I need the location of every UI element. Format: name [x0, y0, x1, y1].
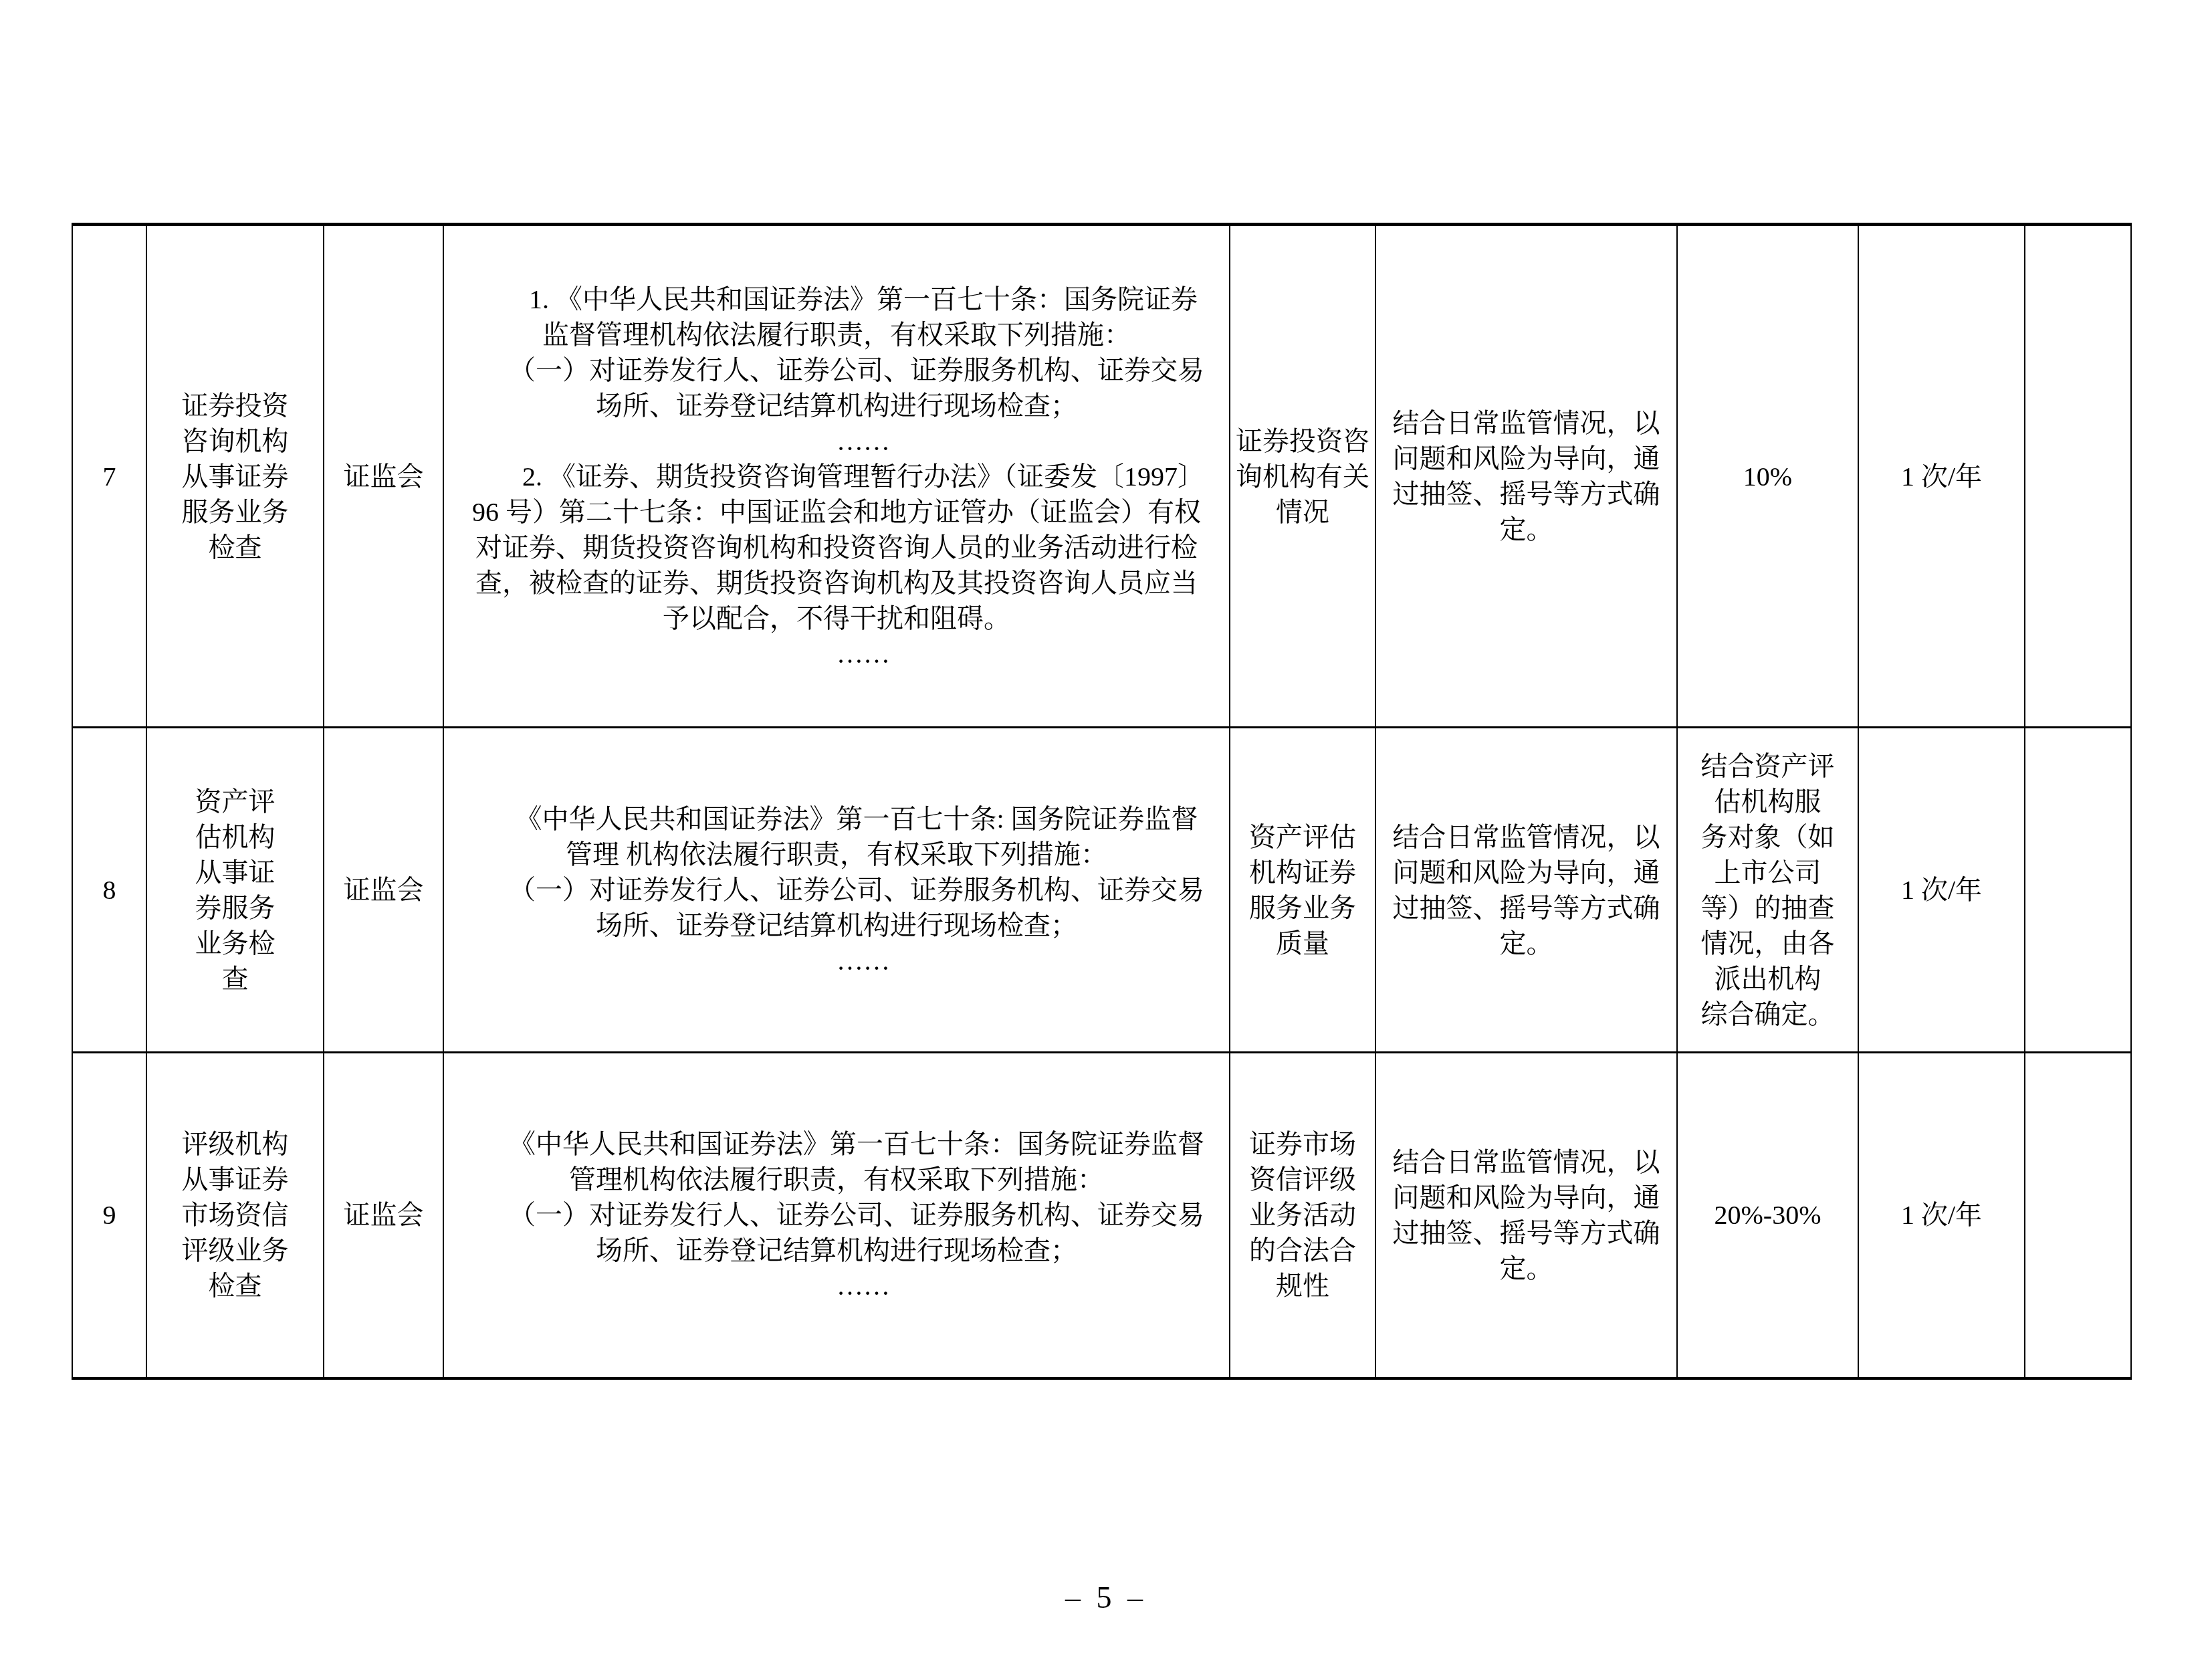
cell-row7-content: 证券投资咨 询机构有关 情况 — [1230, 225, 1375, 728]
cell-row9-number: 9 — [72, 1053, 146, 1378]
cell-row9-proportion: 20%-30% — [1677, 1053, 1858, 1378]
cell-row8-authority: 证监会 — [324, 728, 443, 1053]
cell-row7-method: 结合日常监管情况，以 问题和风险为导向，通 过抽签、摇号等方式确 定。 — [1375, 225, 1677, 728]
cell-row8-content: 资产评估 机构证券 服务业务 质量 — [1230, 728, 1375, 1053]
cell-row9-content: 证券市场 资信评级 业务活动 的合法合 规性 — [1230, 1053, 1375, 1378]
cell-row8-note — [2025, 728, 2131, 1053]
cell-row7-legal-basis: 1. 《中华人民共和国证券法》第一百七十条：国务院证券 监督管理机构依法履行职责… — [443, 225, 1230, 728]
cell-row7-authority: 证监会 — [324, 225, 443, 728]
inspection-table: 7 证券投资 咨询机构 从事证券 服务业务 检查 证监会 1. 《中华人民共和国… — [72, 223, 2132, 1380]
cell-row9-legal-basis: 《中华人民共和国证券法》第一百七十条：国务院证券监督 管理机构依法履行职责，有权… — [443, 1053, 1230, 1378]
cell-row9-method: 结合日常监管情况，以 问题和风险为导向，通 过抽签、摇号等方式确 定。 — [1375, 1053, 1677, 1378]
cell-row8-frequency: 1 次/年 — [1858, 728, 2025, 1053]
cell-row7-number: 7 — [72, 225, 146, 728]
table-row: 7 证券投资 咨询机构 从事证券 服务业务 检查 证监会 1. 《中华人民共和国… — [72, 225, 2131, 728]
cell-row8-item-name: 资产评 估机构 从事证 券服务 业务检 查 — [146, 728, 324, 1053]
table-row: 8 资产评 估机构 从事证 券服务 业务检 查 证监会 《中华人民共和国证券法》… — [72, 728, 2131, 1053]
table-row: 9 评级机构 从事证券 市场资信 评级业务 检查 证监会 《中华人民共和国证券法… — [72, 1053, 2131, 1378]
cell-row9-authority: 证监会 — [324, 1053, 443, 1378]
cell-row8-method: 结合日常监管情况，以 问题和风险为导向，通 过抽签、摇号等方式确 定。 — [1375, 728, 1677, 1053]
cell-row9-item-name: 评级机构 从事证券 市场资信 评级业务 检查 — [146, 1053, 324, 1378]
cell-row7-note — [2025, 225, 2131, 728]
document-page: 7 证券投资 咨询机构 从事证券 服务业务 检查 证监会 1. 《中华人民共和国… — [0, 0, 2212, 1658]
cell-row7-proportion: 10% — [1677, 225, 1858, 728]
cell-row8-proportion: 结合资产评 估机构服 务对象（如 上市公司 等）的抽查 情况，由各 派出机构 综… — [1677, 728, 1858, 1053]
cell-row7-frequency: 1 次/年 — [1858, 225, 2025, 728]
cell-row9-note — [2025, 1053, 2131, 1378]
cell-row9-frequency: 1 次/年 — [1858, 1053, 2025, 1378]
cell-row8-number: 8 — [72, 728, 146, 1053]
cell-row7-item-name: 证券投资 咨询机构 从事证券 服务业务 检查 — [146, 225, 324, 728]
cell-row8-legal-basis: 《中华人民共和国证券法》第一百七十条: 国务院证券监督 管理 机构依法履行职责，… — [443, 728, 1230, 1053]
page-number: – 5 – — [0, 1580, 2212, 1615]
